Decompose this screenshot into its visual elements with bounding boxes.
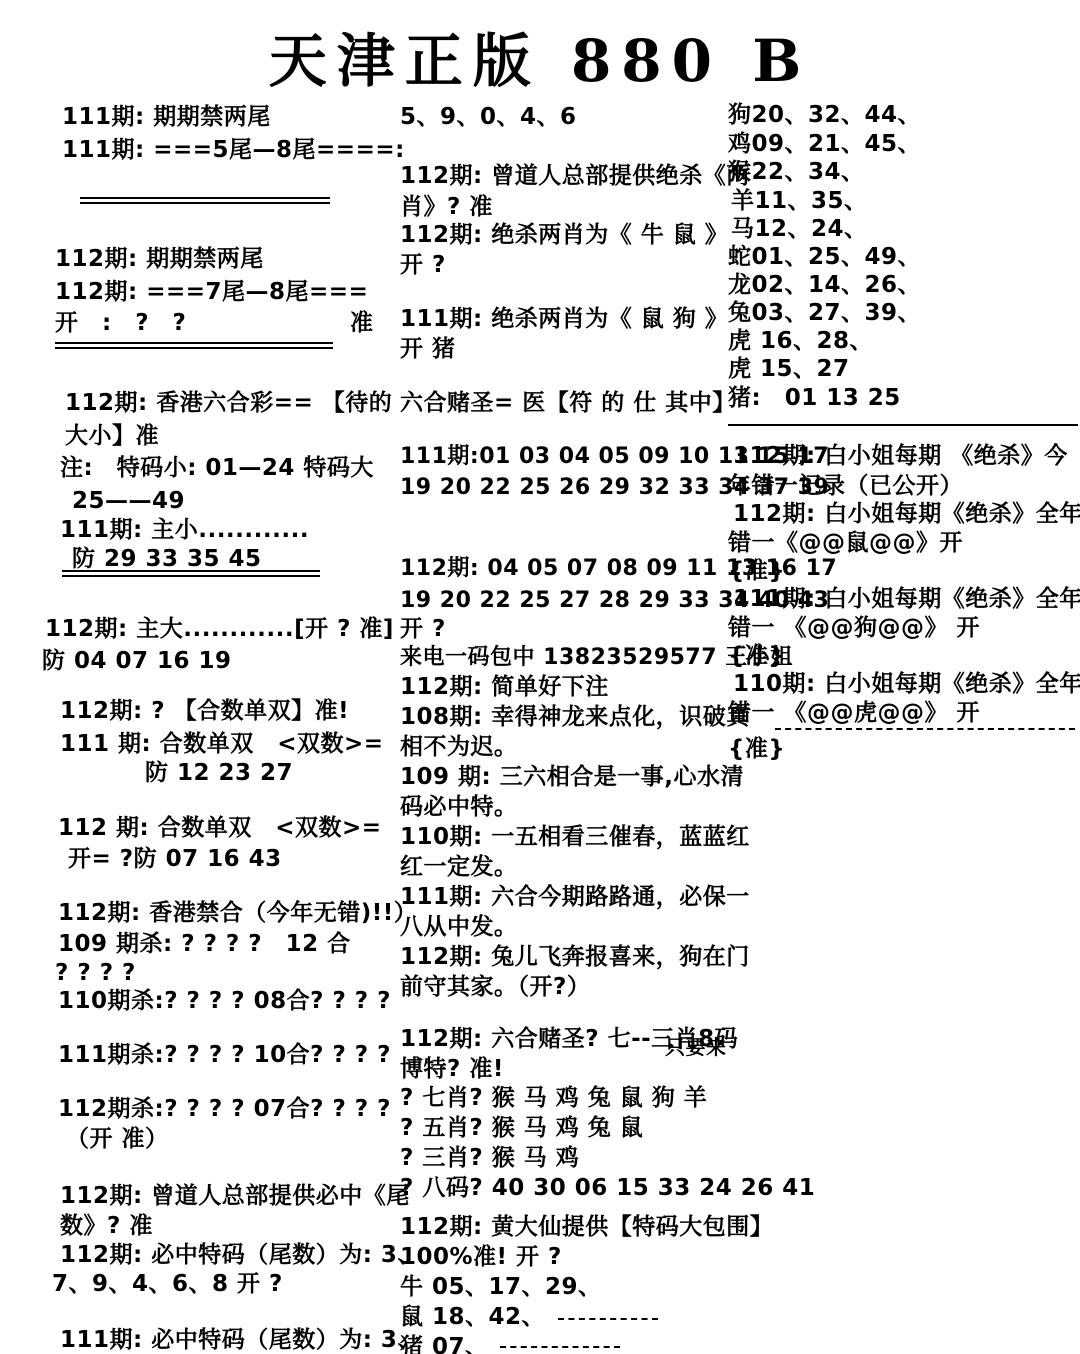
zodiac-line: 猴22、34、 [728,159,865,185]
text-line: 109 期: 三六相合是一事,心水清 [400,764,744,790]
dash-fragment [558,1318,658,1320]
text-line: 错一 《@@虎@@》 开 [728,700,980,726]
text-line: 112期: 黄大仙提供【特码大包围】 [400,1214,773,1240]
text-line: 110期: 白小姐每期《绝杀》全年 [733,671,1080,697]
text-line: 年错一记录（已公开） [728,473,963,499]
text-line: 111期: 六合今期路路通，必保一 [400,884,750,910]
text-line: 开= ?防 07 16 43 [68,846,282,872]
text-line: 112期: 主大............[开 ? 准] [45,616,394,642]
text-line: 码必中特。 [400,794,518,820]
text-line: 111期杀:? ? ? ? 10合? ? ? ? [58,1042,391,1068]
text-line: 110期杀:? ? ? ? 08合? ? ? ? [58,988,391,1014]
zodiac-line: 马12、24、 [731,216,868,242]
zodiac-line: 狗20、32、44、 [728,102,921,128]
text-line: 博特? 准! [400,1056,504,1082]
text-line: ? 五肖? 猴 马 鸡 兔 鼠 [400,1115,643,1141]
zodiac-line: 猪: 01 13 25 [728,385,901,411]
text-line: ? 七肖? 猴 马 鸡 兔 鼠 狗 羊 [400,1085,707,1111]
zodiac-line: 龙02、14、26、 [728,272,921,298]
text-line: ? 三肖? 猴 马 鸡 [400,1145,579,1171]
text-line: 112期: 香港六合彩== 【待的 [65,390,392,416]
text-line: 112期: 香港禁合（今年无错)!!） [58,900,417,926]
text-fragment: 只要来 [665,1036,727,1059]
text-line: 112 期: 合数单双 <双数>= [58,815,382,841]
dash-fragment [775,728,1075,730]
text-line: 111期: 主小............ [60,517,309,543]
zodiac-line: 虎 15、27 [728,356,850,382]
text-line: ? ? ? ? [55,960,136,986]
text-line: {准} [728,643,785,669]
zodiac-line: 虎 16、28、 [728,328,873,354]
text-line: 六合赌圣= 医【符 的 仕 其中】 [400,390,736,416]
text-line: ? 八码? 40 30 06 15 33 24 26 41 [400,1175,815,1201]
text-line: 防 04 07 16 19 [42,648,232,674]
text-line: 111期: 白小姐每期《绝杀》全年 [733,586,1080,612]
text-line: 准 [350,310,374,336]
text-line: 开 : ? ? [55,310,186,336]
text-line: 111期: 期期禁两尾 [62,104,271,130]
text-line: 112期: 简单好下注 [400,674,609,700]
zodiac-line: 羊11、35、 [731,188,868,214]
text-line: 112期: 白小姐每期《绝杀》全年 [733,501,1080,527]
text-line: 防 29 33 35 45 [72,546,262,572]
text-line: 注: 特码小: 01—24 特码大 [60,455,374,481]
text-line: 肖》? 准 [400,194,493,220]
text-line: 错一《@@鼠@@》开 [728,530,963,556]
text-line: 八从中发。 [400,914,518,940]
separator-double-line [80,197,330,204]
zodiac-line: 鸡09、21、45、 [728,131,921,157]
text-line: {准} [728,558,785,584]
text-line: 错一 《@@狗@@》 开 [728,615,980,641]
text-line: 鼠 18、42、 [400,1304,545,1330]
text-line: 112期: 曾道人总部提供绝杀《两 [400,163,750,189]
text-line: 开 ? [400,252,446,278]
text-line: 猪 07、 [400,1334,489,1354]
text-line: 前守其家。（开?） [400,974,590,1000]
text-line: 112期: ? 【合数单双】准! [60,698,349,724]
text-line: 开 ? [400,616,446,642]
text-line: 109 期杀: ? ? ? ? 12 合 [58,931,351,957]
text-line: 112期: 必中特码（尾数）为: 3、 [60,1242,421,1268]
separator-line [728,424,1078,426]
text-line: 112期: 白小姐每期 《绝杀》今 [733,443,1068,469]
text-line: 112期杀:? ? ? ? 07合? ? ? ? [58,1096,391,1122]
zodiac-line: 兔03、27、39、 [728,300,921,326]
text-line: 112期: 曾道人总部提供必中《尾 [60,1183,410,1209]
separator-double-line [62,570,320,577]
page-title: 天津正版 880 B [269,14,811,98]
text-line: 112期: ===7尾—8尾=== [55,279,368,305]
text-line: 5、9、0、4、6 [400,104,577,130]
text-line: 111 期: 合数单双 <双数>= [60,731,384,757]
text-line: 红一定发。 [400,854,518,880]
text-line: {准} [728,736,785,762]
text-line: 相不为迟。 [400,734,518,760]
separator-double-line [55,342,333,349]
text-line: 112期: 绝杀两肖为《 牛 鼠 》 [400,222,728,248]
zodiac-line: 蛇01、25、49、 [728,244,921,270]
text-line: 112期: 兔儿飞奔报喜来，狗在门 [400,944,750,970]
dash-fragment [500,1346,620,1348]
text-line: 25——49 [72,488,185,514]
text-line: 111期: ===5尾—8尾====: [62,137,405,163]
text-line: 防 12 23 27 [145,760,293,786]
text-line: 111期: 绝杀两肖为《 鼠 狗 》 [400,306,728,332]
lottery-tip-sheet: 天津正版 880 B 111期: 期期禁两尾 111期: ===5尾—8尾===… [0,0,1080,1354]
text-line: 100%准! 开 ? [400,1244,562,1270]
text-line: 数》? 准 [60,1213,153,1239]
text-line: 开 猪 [400,336,456,362]
text-line: 111期: 必中特码（尾数）为: 3、 [60,1327,421,1353]
text-line: （开 准） [66,1126,169,1152]
text-line: 110期: 一五相看三催春，蓝蓝红 [400,824,750,850]
text-line: 牛 05、17、29、 [400,1274,602,1300]
text-line: 108期: 幸得神龙来点化，识破真 [400,704,750,730]
text-line: 大小】准 [65,423,159,449]
text-line: 7、9、4、6、8 开 ? [52,1271,283,1297]
text-line: 112期: 期期禁两尾 [55,246,264,272]
